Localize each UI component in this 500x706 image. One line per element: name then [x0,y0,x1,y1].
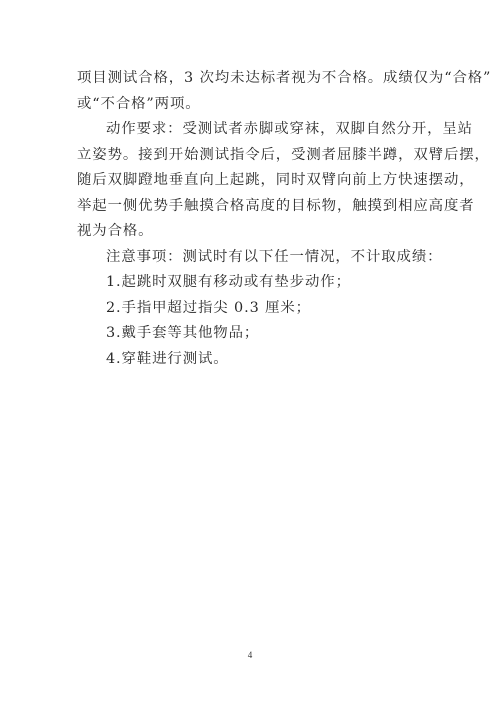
paragraph-notes: 注意事项：测试时有以下任一情况，不计取成绩： 1.起跳时双腿有移动或有垫步动作；… [77,245,425,373]
text-line: 动作要求：受测试者赤脚或穿袜，双脚自然分开，呈站 [77,117,425,143]
document-page: 项目测试合格，3 次均未达标者视为不合格。成绩仅为“合格” 或“不合格”两项。 … [0,0,500,706]
list-item: 2.手指甲超过指尖 0.3 厘米； [77,296,425,322]
paragraph-action-requirements: 动作要求：受测试者赤脚或穿袜，双脚自然分开，呈站 立姿势。接到开始测试指令后，受… [77,117,425,245]
list-item: 3.戴手套等其他物品； [77,321,425,347]
text-line: 视为合格。 [77,219,425,245]
list-item: 4.穿鞋进行测试。 [77,347,425,373]
text-line: 立姿势。接到开始测试指令后，受测者屈膝半蹲，双臂后摆， [77,143,425,169]
page-number: 4 [0,650,500,660]
text-line: 或“不合格”两项。 [77,92,425,118]
list-item: 1.起跳时双腿有移动或有垫步动作； [77,270,425,296]
text-line: 随后双脚蹬地垂直向上起跳，同时双臂向前上方快速摆动， [77,168,425,194]
page-content: 项目测试合格，3 次均未达标者视为不合格。成绩仅为“合格” 或“不合格”两项。 … [77,66,425,372]
paragraph-qualification-result: 项目测试合格，3 次均未达标者视为不合格。成绩仅为“合格” 或“不合格”两项。 [77,66,425,117]
text-line: 项目测试合格，3 次均未达标者视为不合格。成绩仅为“合格” [77,66,425,92]
text-line: 举起一侧优势手触摸合格高度的目标物，触摸到相应高度者 [77,194,425,220]
notes-heading: 注意事项：测试时有以下任一情况，不计取成绩： [77,245,425,271]
